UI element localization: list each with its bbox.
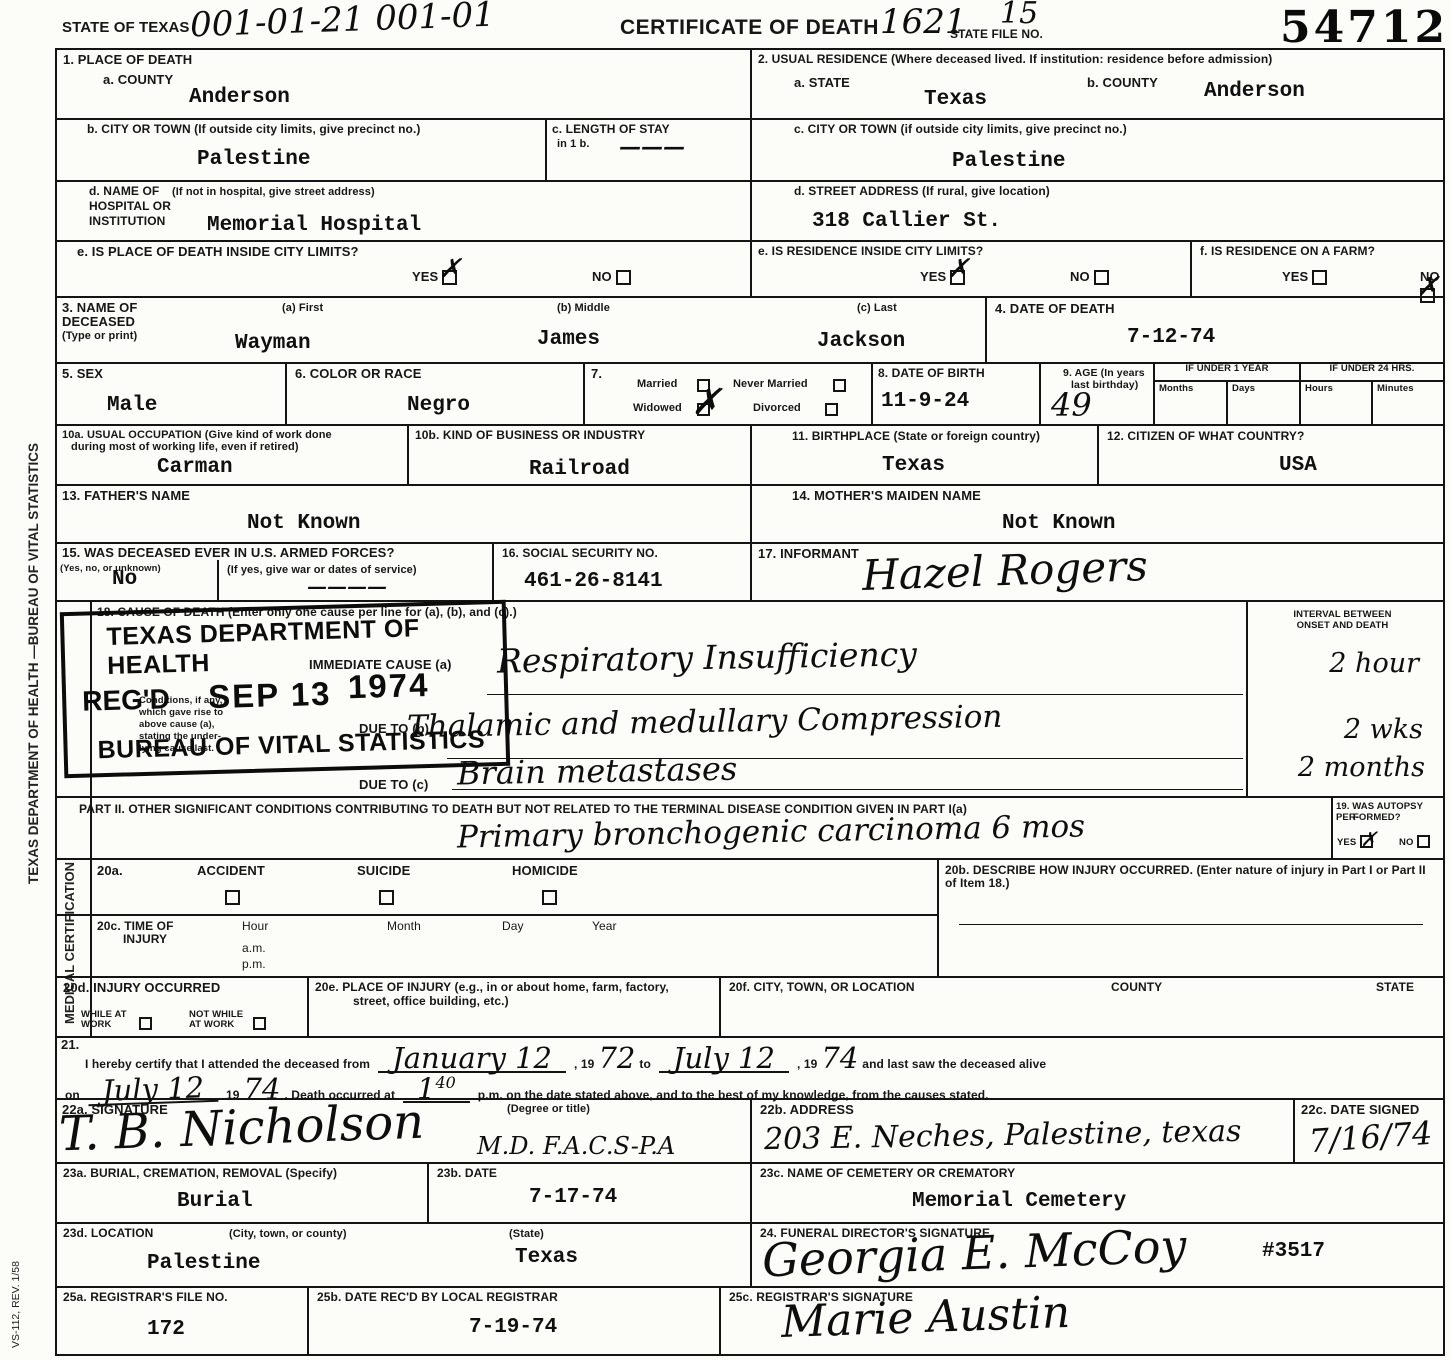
field-22b-address: 22b. ADDRESS 203 E. Neches, Palestine, t… bbox=[750, 1100, 1293, 1162]
residence-state-value: Texas bbox=[924, 88, 987, 111]
field-7-marital-status: 7. Married Never Married Widowed ✗ Divor… bbox=[583, 364, 871, 424]
armed-forces-dash: ———— bbox=[307, 574, 387, 598]
field-9-age: 9. AGE (In years last birthday) 49 bbox=[1039, 364, 1153, 424]
field-11-birthplace: 11. BIRTHPLACE (State or foreign country… bbox=[750, 426, 1097, 484]
suicide-checkbox bbox=[379, 888, 394, 906]
never-married-checkbox bbox=[833, 376, 846, 394]
margin-form-number: VS-112, REV. 1/58 bbox=[10, 1261, 22, 1348]
minutes-label: Minutes bbox=[1373, 382, 1414, 395]
margin-dept-vital-statistics-label: TEXAS DEPARTMENT OF HEALTH —BUREAU OF VI… bbox=[26, 443, 41, 884]
not-while-checkbox bbox=[253, 1014, 266, 1032]
cert-year-from: 72 bbox=[594, 1046, 639, 1071]
cemetery-value: Memorial Cemetery bbox=[912, 1190, 1126, 1213]
describe-injury-line bbox=[959, 924, 1423, 925]
field-15-armed-forces: 15. WAS DECEASED EVER IN U.S. ARMED FORC… bbox=[57, 544, 492, 600]
date-received-label: 25b. DATE REC'D BY LOCAL REGISTRAR bbox=[317, 1291, 558, 1304]
row-burial: 23a. BURIAL, CREMATION, REMOVAL (Specify… bbox=[57, 1162, 1443, 1222]
location-city-value: Palestine bbox=[147, 1252, 260, 1275]
burial-date-value: 7-17-74 bbox=[529, 1186, 617, 1209]
informant-signature: Hazel Rogers bbox=[861, 541, 1148, 600]
armed-forces-sub1: (Yes, no, or unknown) bbox=[60, 564, 161, 575]
injury-occurred-label: 20d. INJURY OCCURRED bbox=[63, 981, 220, 996]
informant-label: 17. INFORMANT bbox=[758, 547, 859, 562]
row-city-limits: e. IS PLACE OF DEATH INSIDE CITY LIMITS?… bbox=[57, 240, 1443, 296]
accident-label: ACCIDENT bbox=[197, 864, 265, 879]
field-22c-date-signed: 22c. DATE SIGNED 7/16/74 bbox=[1293, 1100, 1443, 1162]
row-location-funeral: 23d. LOCATION (City, town, or county) Pa… bbox=[57, 1222, 1443, 1286]
degree-or-title-label: (Degree or title) bbox=[507, 1103, 590, 1115]
no-label: NO bbox=[1070, 269, 1090, 284]
sex-label: 5. SEX bbox=[62, 367, 103, 382]
no-checkbox bbox=[616, 270, 631, 285]
stamp-line-3: BUREAU OF VITAL STATISTICS bbox=[97, 725, 485, 765]
am-label: a.m. bbox=[242, 942, 266, 955]
physician-signature: T. B. Nicholson bbox=[58, 1094, 425, 1163]
homicide-label: HOMICIDE bbox=[512, 864, 578, 879]
dob-label: 8. DATE OF BIRTH bbox=[878, 367, 985, 380]
certification-line-1: I hereby certify that I attended the dec… bbox=[85, 1046, 1046, 1073]
birthplace-value: Texas bbox=[882, 454, 945, 477]
days-label: Days bbox=[1228, 382, 1255, 395]
place-limits-yes: YES ✗ bbox=[412, 268, 457, 286]
field-16-ssn: 16. SOCIAL SECURITY NO. 461-26-8141 bbox=[492, 544, 750, 600]
cause-a-interval: 2 hour bbox=[1329, 648, 1419, 679]
cause-c-interval: 2 months bbox=[1298, 752, 1425, 783]
field-24-funeral-director: 24. FUNERAL DIRECTOR'S SIGNATURE Georgia… bbox=[750, 1224, 1443, 1286]
field-2f-residence-farm: f. IS RESIDENCE ON A FARM? YES NO ✗ bbox=[1190, 242, 1443, 296]
yes-label: YES bbox=[920, 269, 946, 284]
interval-header-2: ONSET AND DEATH bbox=[1260, 621, 1425, 632]
handwritten-registrar-codes: 001-01-21 001-01 bbox=[189, 0, 495, 45]
hospital-label-3: INSTITUTION bbox=[89, 215, 165, 228]
accident-checkbox bbox=[225, 888, 240, 906]
field-22a-signature: 22a. SIGNATURE (Degree or title) T. B. N… bbox=[57, 1100, 750, 1162]
field-2e-residence-limits: e. IS RESIDENCE INSIDE CITY LIMITS? YES … bbox=[750, 242, 1190, 296]
residence-county-value: Anderson bbox=[1204, 80, 1305, 103]
degree-value: M.D. F.A.C.S-P.A bbox=[477, 1132, 675, 1160]
cert-date-from: January 12 bbox=[378, 1046, 566, 1073]
field-1d-hospital: d. NAME OF (If not in hospital, give str… bbox=[57, 182, 750, 240]
row-parents: 13. FATHER'S NAME Not Known 14. MOTHER'S… bbox=[57, 484, 1443, 542]
months-label: Months bbox=[1155, 382, 1193, 395]
birthplace-label: 11. BIRTHPLACE (State or foreign country… bbox=[792, 430, 1040, 443]
field-17-informant: 17. INFORMANT Hazel Rogers bbox=[750, 544, 1443, 600]
street-address-value: 318 Callier St. bbox=[812, 210, 1001, 233]
date-received-value: 7-19-74 bbox=[469, 1316, 557, 1339]
no-checkbox bbox=[1094, 270, 1109, 285]
no-label: NO bbox=[592, 269, 612, 284]
field-2-usual-residence: 2. USUAL RESIDENCE (Where deceased lived… bbox=[750, 50, 1443, 118]
x-mark: ✗ bbox=[691, 385, 721, 421]
injury-left-block: 20a. ACCIDENT SUICIDE HOMICIDE 20c. TIME… bbox=[57, 860, 937, 976]
under-24-hrs-header: IF UNDER 24 HRS. bbox=[1301, 364, 1443, 382]
yes-checkbox: ✗ bbox=[950, 270, 965, 285]
age-label-1: 9. AGE (In years bbox=[1063, 368, 1145, 380]
while-at-work-checkbox bbox=[139, 1014, 152, 1032]
row-name-of-deceased: 3. NAME OF DECEASED (Type or print) (a) … bbox=[57, 296, 1443, 362]
no-checkbox bbox=[1417, 835, 1430, 848]
field-12-citizen: 12. CITIZEN OF WHAT COUNTRY? USA bbox=[1097, 426, 1443, 484]
residence-state-label: a. STATE bbox=[794, 76, 850, 91]
date-signed-value: 7/16/74 bbox=[1308, 1114, 1434, 1161]
yes-checkbox bbox=[1312, 270, 1327, 285]
cause-a-value: Respiratory Insufficiency bbox=[497, 634, 917, 680]
row-certification: 21. I hereby certify that I attended the… bbox=[57, 1036, 1443, 1098]
burial-value: Burial bbox=[177, 1190, 253, 1213]
autopsy-no: NO bbox=[1399, 832, 1430, 850]
yes-checkbox: ✗ bbox=[1360, 835, 1373, 848]
day-label: Day bbox=[502, 920, 524, 933]
never-married-label: Never Married bbox=[733, 378, 808, 390]
time-injury-label-2: INJURY bbox=[123, 933, 167, 946]
farm-yes: YES bbox=[1282, 268, 1327, 286]
field-20e-place-of-injury: 20e. PLACE OF INJURY (e.g., in or about … bbox=[307, 978, 719, 1036]
state-file-no-label: STATE FILE NO. bbox=[950, 28, 1043, 41]
autopsy-label-2: FORMED? bbox=[1353, 813, 1401, 824]
field-10a-occupation: 10a. USUAL OCCUPATION (Give kind of work… bbox=[57, 426, 407, 484]
registrar-file-value: 172 bbox=[147, 1318, 185, 1341]
stamp-regd: REG'D bbox=[82, 683, 170, 717]
manner-number: 20a. bbox=[97, 864, 123, 879]
row-physician: 22a. SIGNATURE (Degree or title) T. B. N… bbox=[57, 1098, 1443, 1162]
no-label: NO bbox=[1399, 837, 1413, 848]
ssn-value: 461-26-8141 bbox=[524, 570, 663, 593]
name-label-2: DECEASED bbox=[62, 315, 135, 330]
hospital-label-1: d. NAME OF bbox=[89, 185, 159, 198]
homicide-checkbox bbox=[542, 888, 557, 906]
street-address-label: d. STREET ADDRESS (If rural, give locati… bbox=[794, 185, 1050, 198]
first-name-value: Wayman bbox=[235, 332, 311, 355]
x-mark: ✗ bbox=[439, 256, 461, 282]
autopsy-yes: YES ✗ bbox=[1337, 832, 1373, 850]
father-value: Not Known bbox=[247, 512, 360, 535]
sex-value: Male bbox=[107, 394, 157, 417]
place-inside-limits-label: e. IS PLACE OF DEATH INSIDE CITY LIMITS? bbox=[77, 245, 359, 260]
injury-county-label: COUNTY bbox=[1111, 981, 1162, 994]
residence-city-label: c. CITY OR TOWN (if outside city limits,… bbox=[794, 123, 1414, 136]
place-of-death-title: 1. PLACE OF DEATH bbox=[63, 53, 192, 68]
field-25b-date-received: 25b. DATE REC'D BY LOCAL REGISTRAR 7-19-… bbox=[307, 1288, 719, 1354]
month-label: Month bbox=[387, 920, 421, 933]
field-20f-city-county-state: 20f. CITY, TOWN, OR LOCATION COUNTY STAT… bbox=[719, 978, 1443, 1036]
days-column: Days bbox=[1226, 382, 1299, 424]
row-registrar: 25a. REGISTRAR'S FILE NO. 172 25b. DATE … bbox=[57, 1286, 1443, 1354]
field-part2-conditions: PART II. OTHER SIGNIFICANT CONDITIONS CO… bbox=[57, 798, 1331, 858]
row-part2-autopsy: PART II. OTHER SIGNIFICANT CONDITIONS CO… bbox=[57, 796, 1443, 858]
mother-value: Not Known bbox=[1002, 512, 1115, 535]
field-20b-describe-injury: 20b. DESCRIBE HOW INJURY OCCURRED. (Ente… bbox=[937, 860, 1443, 976]
citizen-label: 12. CITIZEN OF WHAT COUNTRY? bbox=[1107, 430, 1304, 443]
field-20d-injury-occurred: 20d. INJURY OCCURRED WHILE AT WORK NOT W… bbox=[57, 978, 307, 1036]
marital-label: 7. bbox=[591, 367, 602, 382]
row-place-residence-top: 1. PLACE OF DEATH a. COUNTY Anderson 2. … bbox=[57, 50, 1443, 118]
cert-19-a: , 19 bbox=[574, 1058, 594, 1071]
field-4-date-of-death: 4. DATE OF DEATH 7-12-74 bbox=[985, 298, 1443, 362]
hospital-value: Memorial Hospital bbox=[207, 214, 421, 237]
physician-address-label: 22b. ADDRESS bbox=[760, 1103, 854, 1118]
funeral-director-number: #3517 bbox=[1262, 1240, 1325, 1263]
residence-limits-yes: YES ✗ bbox=[920, 268, 965, 286]
death-certificate-document: STATE OF TEXAS 001-01-21 001-01 CERTIFIC… bbox=[0, 0, 1451, 1360]
registrar-file-label: 25a. REGISTRAR'S FILE NO. bbox=[63, 1291, 228, 1304]
length-of-stay-mark: ——— bbox=[619, 134, 685, 160]
field-1c-length-of-stay: c. LENGTH OF STAY in 1 b. ——— bbox=[545, 120, 750, 180]
field-23d-location: 23d. LOCATION (City, town, or county) Pa… bbox=[57, 1224, 750, 1286]
under-1-year-header: IF UNDER 1 YEAR bbox=[1155, 364, 1299, 382]
registrar-signature-value: Marie Austin bbox=[780, 1287, 1071, 1348]
middle-name-value: James bbox=[537, 328, 600, 351]
residence-county-label: b. COUNTY bbox=[1087, 76, 1158, 91]
field-if-under-1-year: IF UNDER 1 YEAR Months Days bbox=[1153, 364, 1299, 424]
row-city: b. CITY OR TOWN (If outside city limits,… bbox=[57, 118, 1443, 180]
cause-b-interval: 2 wks bbox=[1344, 714, 1423, 745]
citizen-value: USA bbox=[1279, 454, 1317, 477]
months-column: Months bbox=[1155, 382, 1226, 424]
suicide-label: SUICIDE bbox=[357, 864, 410, 879]
yes-label: YES bbox=[1337, 837, 1356, 848]
field-21-certification: 21. I hereby certify that I attended the… bbox=[57, 1038, 1443, 1098]
pm-label: p.m. bbox=[242, 958, 266, 971]
city-value: Palestine bbox=[197, 148, 310, 171]
physician-address-value: 203 E. Neches, Palestine, texas bbox=[764, 1114, 1242, 1157]
cemetery-label: 23c. NAME OF CEMETERY OR CREMATORY bbox=[760, 1167, 1015, 1180]
date-of-death-label: 4. DATE OF DEATH bbox=[995, 302, 1115, 317]
field-1e-inside-city-limits: e. IS PLACE OF DEATH INSIDE CITY LIMITS?… bbox=[57, 242, 750, 296]
injury-state-label: STATE bbox=[1376, 981, 1414, 994]
row-occupation-birthplace: 10a. USUAL OCCUPATION (Give kind of work… bbox=[57, 424, 1443, 484]
field-14-mother: 14. MOTHER'S MAIDEN NAME Not Known bbox=[750, 486, 1443, 542]
state-of-texas-label: STATE OF TEXAS bbox=[62, 20, 190, 37]
married-label: Married bbox=[637, 378, 677, 390]
widowed-label: Widowed bbox=[633, 402, 682, 414]
father-label: 13. FATHER'S NAME bbox=[62, 489, 190, 504]
residence-farm-label: f. IS RESIDENCE ON A FARM? bbox=[1200, 245, 1375, 258]
hospital-label-2: HOSPITAL OR bbox=[89, 200, 171, 213]
field-2d-street-address: d. STREET ADDRESS (If rural, give locati… bbox=[750, 182, 1443, 240]
row-injury-place: 20d. INJURY OCCURRED WHILE AT WORK NOT W… bbox=[57, 976, 1443, 1036]
cert-text-2: and last saw the deceased alive bbox=[862, 1058, 1046, 1071]
occupation-label-1: 10a. USUAL OCCUPATION (Give kind of work… bbox=[62, 429, 332, 441]
year-label: Year bbox=[592, 920, 617, 933]
field-19-autopsy: 19. WAS AUTOPSY PER- FORMED? YES ✗ NO bbox=[1331, 798, 1443, 858]
yes-checkbox: ✗ bbox=[442, 270, 457, 285]
divorced-label: Divorced bbox=[753, 402, 801, 414]
middle-name-label: (b) Middle bbox=[557, 302, 610, 314]
cert-date-to: July 12 bbox=[659, 1046, 789, 1073]
cause-a-line bbox=[487, 694, 1243, 695]
field-20c-time-of-injury: 20c. TIME OF INJURY Hour a.m. p.m. Month… bbox=[57, 914, 937, 976]
field-3-name-of-deceased: 3. NAME OF DECEASED (Type or print) (a) … bbox=[57, 298, 985, 362]
x-mark: ✗ bbox=[947, 256, 969, 282]
row-sex-race-marital: 5. SEX Male 6. COLOR OR RACE Negro 7. Ma… bbox=[57, 362, 1443, 424]
field-20a-manner: 20a. ACCIDENT SUICIDE HOMICIDE bbox=[57, 860, 937, 914]
field-5-sex: 5. SEX Male bbox=[57, 364, 285, 424]
field-23a-burial: 23a. BURIAL, CREMATION, REMOVAL (Specify… bbox=[57, 1164, 427, 1222]
field-2c-residence-city: c. CITY OR TOWN (if outside city limits,… bbox=[750, 120, 1443, 180]
residence-limits-no: NO bbox=[1070, 268, 1109, 286]
dob-value: 11-9-24 bbox=[881, 390, 969, 413]
place-limits-no: NO bbox=[592, 268, 631, 286]
cert-19-b: , 19 bbox=[797, 1058, 817, 1071]
certification-number: 21. bbox=[61, 1038, 79, 1053]
widowed-checkbox: ✗ bbox=[697, 400, 710, 418]
last-name-value: Jackson bbox=[817, 330, 905, 353]
row-hospital-street: d. NAME OF (If not in hospital, give str… bbox=[57, 180, 1443, 240]
yes-label: YES bbox=[412, 269, 438, 284]
field-23b-burial-date: 23b. DATE 7-17-74 bbox=[427, 1164, 750, 1222]
length-of-stay-sub: in 1 b. bbox=[557, 138, 589, 150]
city-label: b. CITY OR TOWN (If outside city limits,… bbox=[87, 123, 527, 136]
field-6-color-or-race: 6. COLOR OR RACE Negro bbox=[285, 364, 583, 424]
stamp-year: 1974 bbox=[347, 666, 429, 706]
place-injury-label-1: 20e. PLACE OF INJURY (e.g., in or about … bbox=[315, 981, 715, 994]
stamp-line-1: TEXAS DEPARTMENT OF HEALTH bbox=[106, 612, 503, 681]
mother-label: 14. MOTHER'S MAIDEN NAME bbox=[792, 489, 981, 504]
cert-year-to: 74 bbox=[817, 1046, 862, 1071]
vital-statistics-stamp: TEXAS DEPARTMENT OF HEALTH REG'D SEP 13 … bbox=[60, 600, 510, 778]
due-to-c-label: DUE TO (c) bbox=[359, 778, 428, 793]
row-armed-forces-ssn: 15. WAS DECEASED EVER IN U.S. ARMED FORC… bbox=[57, 542, 1443, 600]
armed-forces-divider bbox=[217, 560, 219, 600]
county-value: Anderson bbox=[189, 86, 290, 109]
first-name-label: (a) First bbox=[282, 302, 323, 314]
usual-residence-title: 2. USUAL RESIDENCE (Where deceased lived… bbox=[758, 53, 1438, 66]
date-of-death-value: 7-12-74 bbox=[1127, 326, 1215, 349]
burial-label: 23a. BURIAL, CREMATION, REMOVAL (Specify… bbox=[63, 1167, 337, 1180]
industry-value: Railroad bbox=[529, 458, 630, 481]
field-if-under-24-hrs: IF UNDER 24 HRS. Hours Minutes bbox=[1299, 364, 1443, 424]
industry-label: 10b. KIND OF BUSINESS OR INDUSTRY bbox=[415, 429, 645, 442]
certificate-number: 54712 bbox=[1280, 2, 1448, 53]
field-1b-city: b. CITY OR TOWN (If outside city limits,… bbox=[57, 120, 545, 180]
certificate-title: CERTIFICATE OF DEATH bbox=[620, 16, 879, 40]
interval-column-divider bbox=[1246, 602, 1248, 796]
name-label-3: (Type or print) bbox=[62, 330, 137, 342]
field-23c-cemetery: 23c. NAME OF CEMETERY OR CREMATORY Memor… bbox=[750, 1164, 1443, 1222]
divorced-checkbox bbox=[825, 400, 838, 418]
field-10b-industry: 10b. KIND OF BUSINESS OR INDUSTRY Railro… bbox=[407, 426, 750, 484]
burial-date-label: 23b. DATE bbox=[437, 1167, 497, 1180]
yes-label: YES bbox=[1282, 269, 1308, 284]
x-mark: ✗ bbox=[1360, 829, 1377, 849]
occupation-value: Carman bbox=[157, 456, 233, 479]
race-value: Negro bbox=[407, 394, 470, 417]
hours-label: Hours bbox=[1301, 382, 1333, 395]
last-name-label: (c) Last bbox=[857, 302, 897, 314]
not-while-label-2: AT WORK bbox=[189, 1020, 234, 1031]
location-label: 23d. LOCATION bbox=[63, 1227, 153, 1240]
cert-time-minutes: 40 bbox=[436, 1073, 456, 1092]
location-state-sub: (State) bbox=[509, 1228, 544, 1240]
place-injury-label-2: street, office building, etc.) bbox=[353, 995, 509, 1008]
field-25a-registrar-file: 25a. REGISTRAR'S FILE NO. 172 bbox=[57, 1288, 307, 1354]
stamp-date: SEP 13 bbox=[208, 675, 332, 716]
hour-label: Hour bbox=[242, 920, 268, 933]
location-state-value: Texas bbox=[515, 1246, 578, 1269]
ssn-label: 16. SOCIAL SECURITY NO. bbox=[502, 547, 658, 560]
field-13-father: 13. FATHER'S NAME Not Known bbox=[57, 486, 750, 542]
injury-city-label: 20f. CITY, TOWN, OR LOCATION bbox=[729, 981, 915, 994]
field-25c-registrar-signature: 25c. REGISTRAR'S SIGNATURE Marie Austin bbox=[719, 1288, 1443, 1354]
location-city-sub: (City, town, or county) bbox=[229, 1228, 347, 1240]
age-value: 49 bbox=[1051, 386, 1092, 424]
race-label: 6. COLOR OR RACE bbox=[295, 367, 422, 382]
residence-city-value: Palestine bbox=[952, 150, 1065, 173]
field-1-place-of-death: 1. PLACE OF DEATH a. COUNTY Anderson bbox=[57, 50, 750, 118]
armed-forces-value: No bbox=[112, 568, 137, 591]
field-8-date-of-birth: 8. DATE OF BIRTH 11-9-24 bbox=[871, 364, 1039, 424]
cert-text-1: I hereby certify that I attended the dec… bbox=[85, 1058, 370, 1071]
hospital-note: (If not in hospital, give street address… bbox=[172, 186, 375, 198]
armed-forces-label: 15. WAS DECEASED EVER IN U.S. ARMED FORC… bbox=[62, 546, 394, 561]
describe-injury-label: 20b. DESCRIBE HOW INJURY OCCURRED. (Ente… bbox=[945, 864, 1435, 891]
minutes-column: Minutes bbox=[1371, 382, 1443, 424]
hours-column: Hours bbox=[1301, 382, 1371, 424]
row-injury-block: 20a. ACCIDENT SUICIDE HOMICIDE 20c. TIME… bbox=[57, 858, 1443, 976]
while-at-work-label-2: WORK bbox=[81, 1020, 111, 1031]
occupation-label-2: during most of working life, even if ret… bbox=[71, 441, 299, 453]
cert-to-label: to bbox=[639, 1058, 651, 1071]
county-label: a. COUNTY bbox=[103, 73, 173, 88]
